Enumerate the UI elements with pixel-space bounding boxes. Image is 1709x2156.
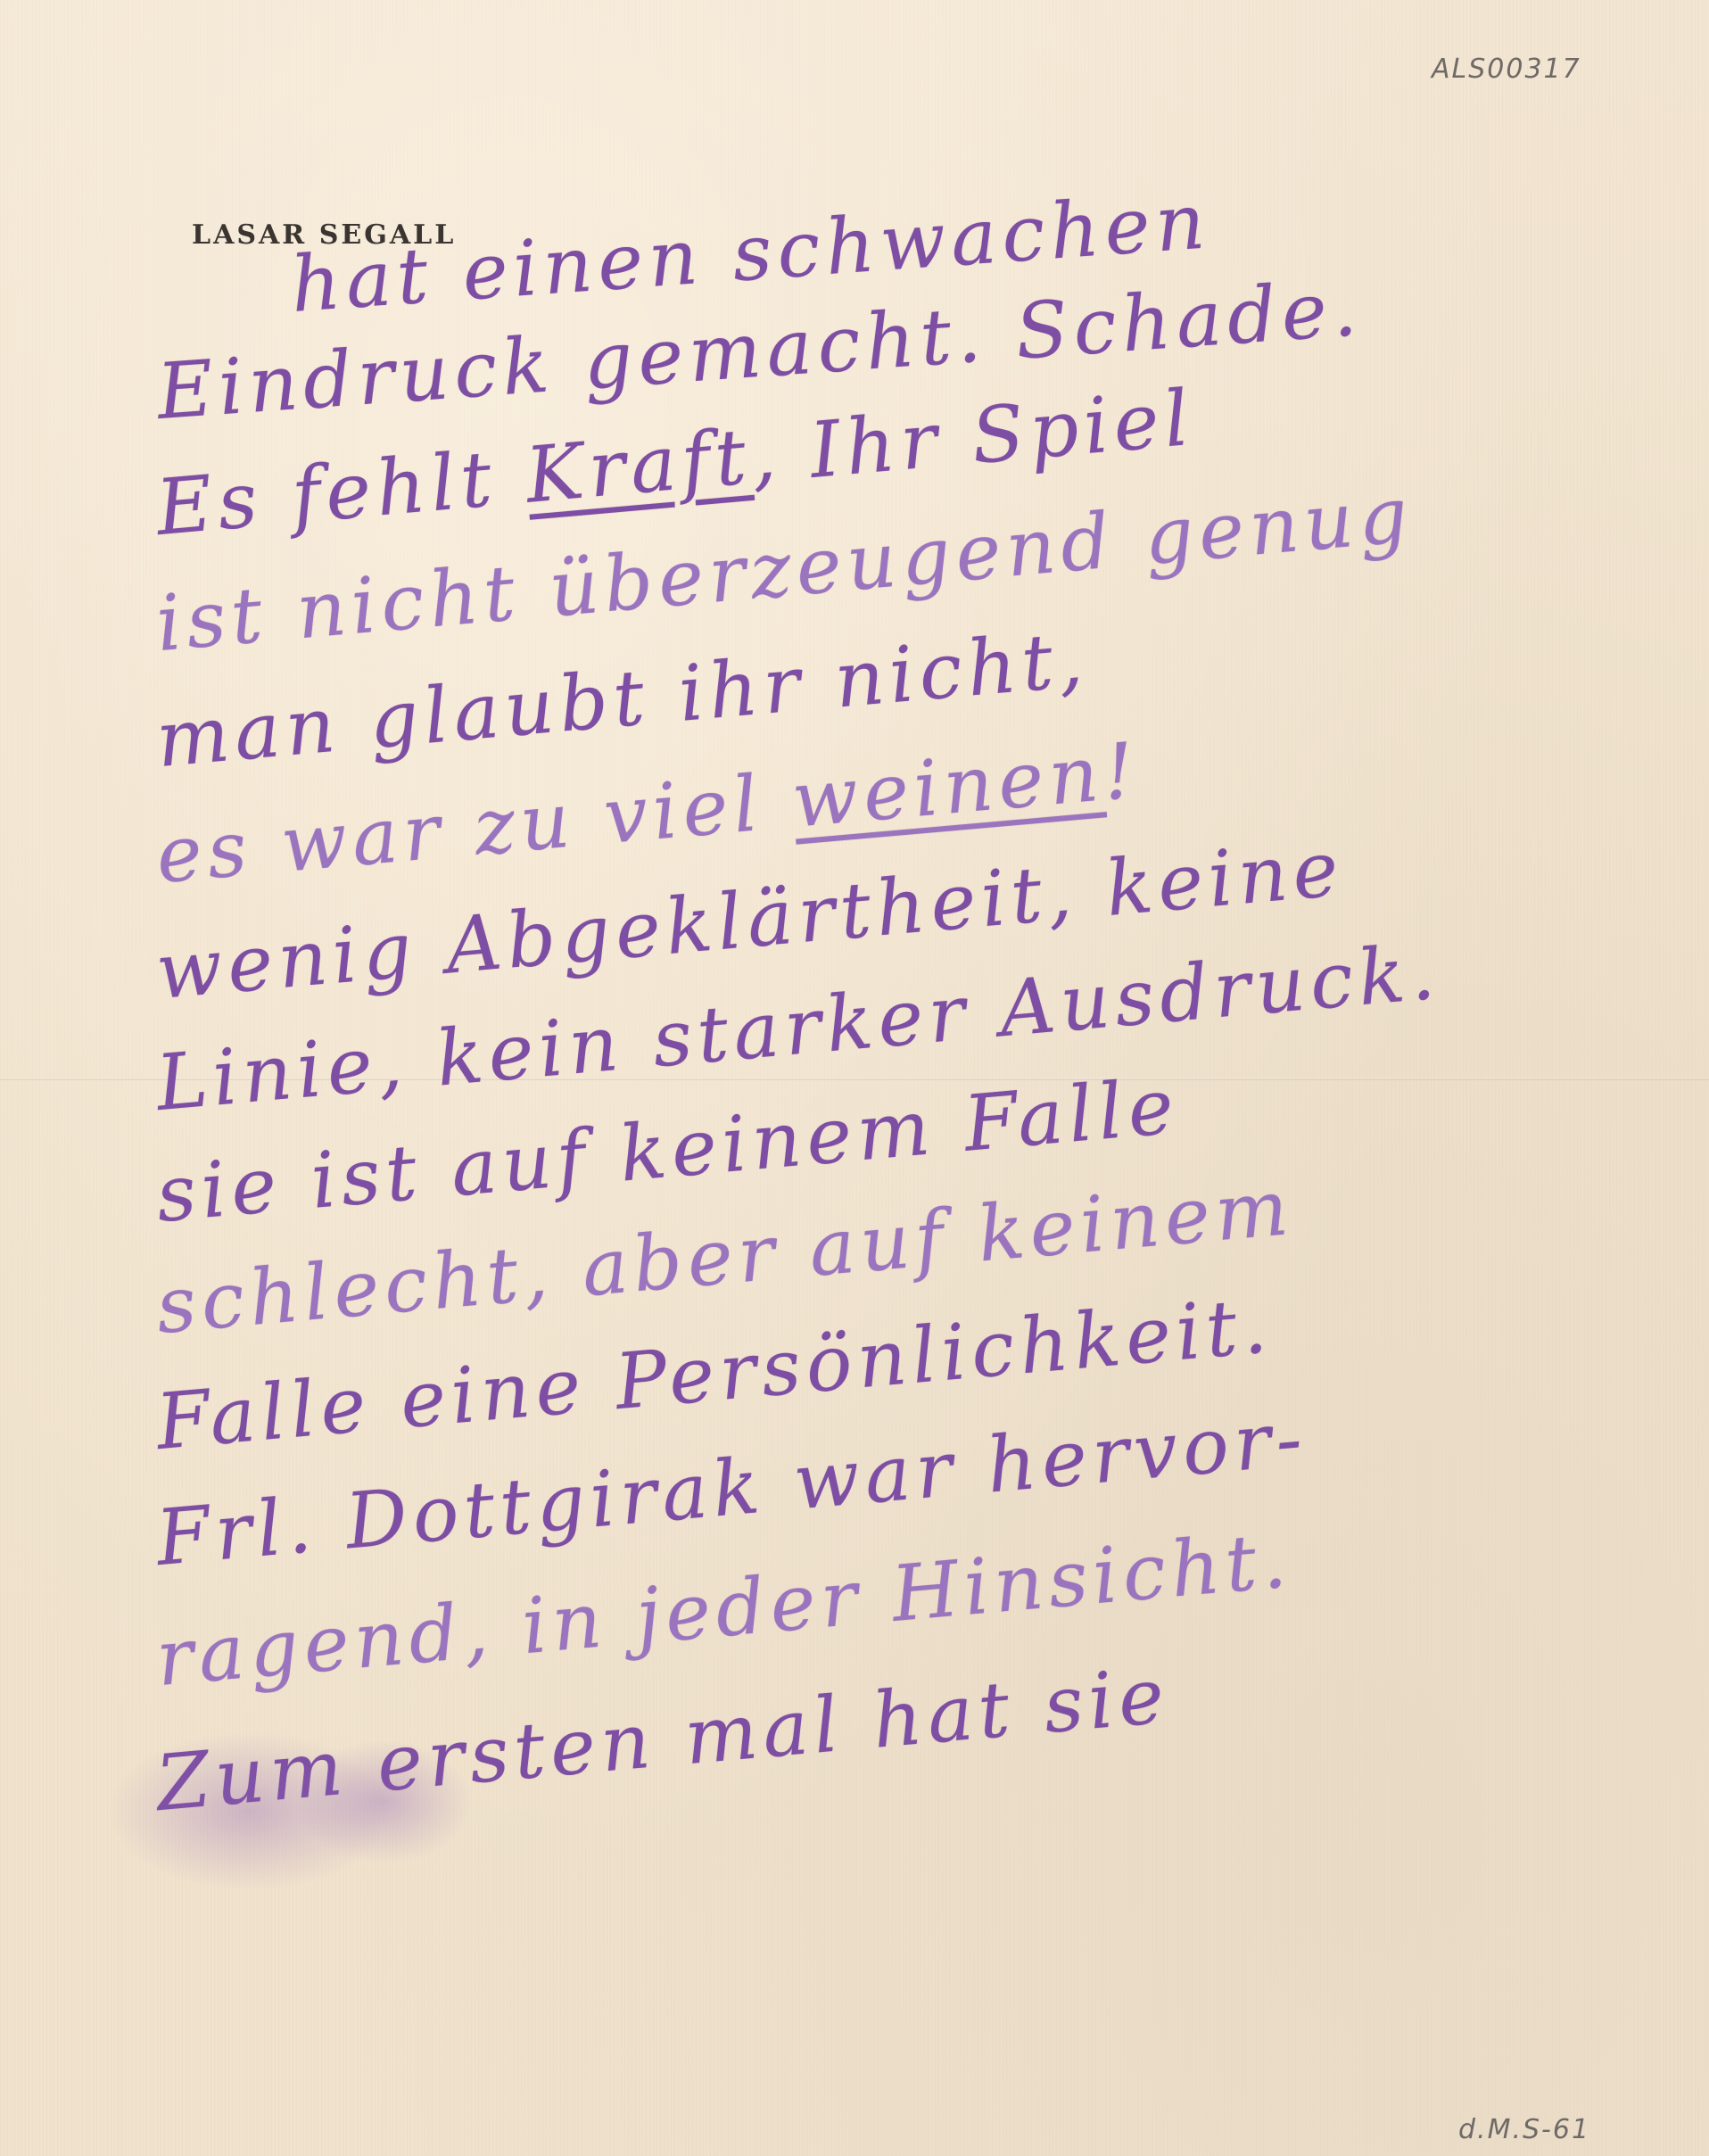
ink-smudge <box>294 1739 473 1864</box>
letter-page: ALS00317 LASAR SEGALL hat einen schwache… <box>0 0 1709 2156</box>
underlined-word: Kraft <box>522 412 755 521</box>
archive-id-bottom: d.M.S-61 <box>1458 2114 1590 2145</box>
handwritten-body: hat einen schwachen Eindruck gemacht. Sc… <box>0 0 1709 2156</box>
underlined-word: weinen <box>788 730 1107 846</box>
